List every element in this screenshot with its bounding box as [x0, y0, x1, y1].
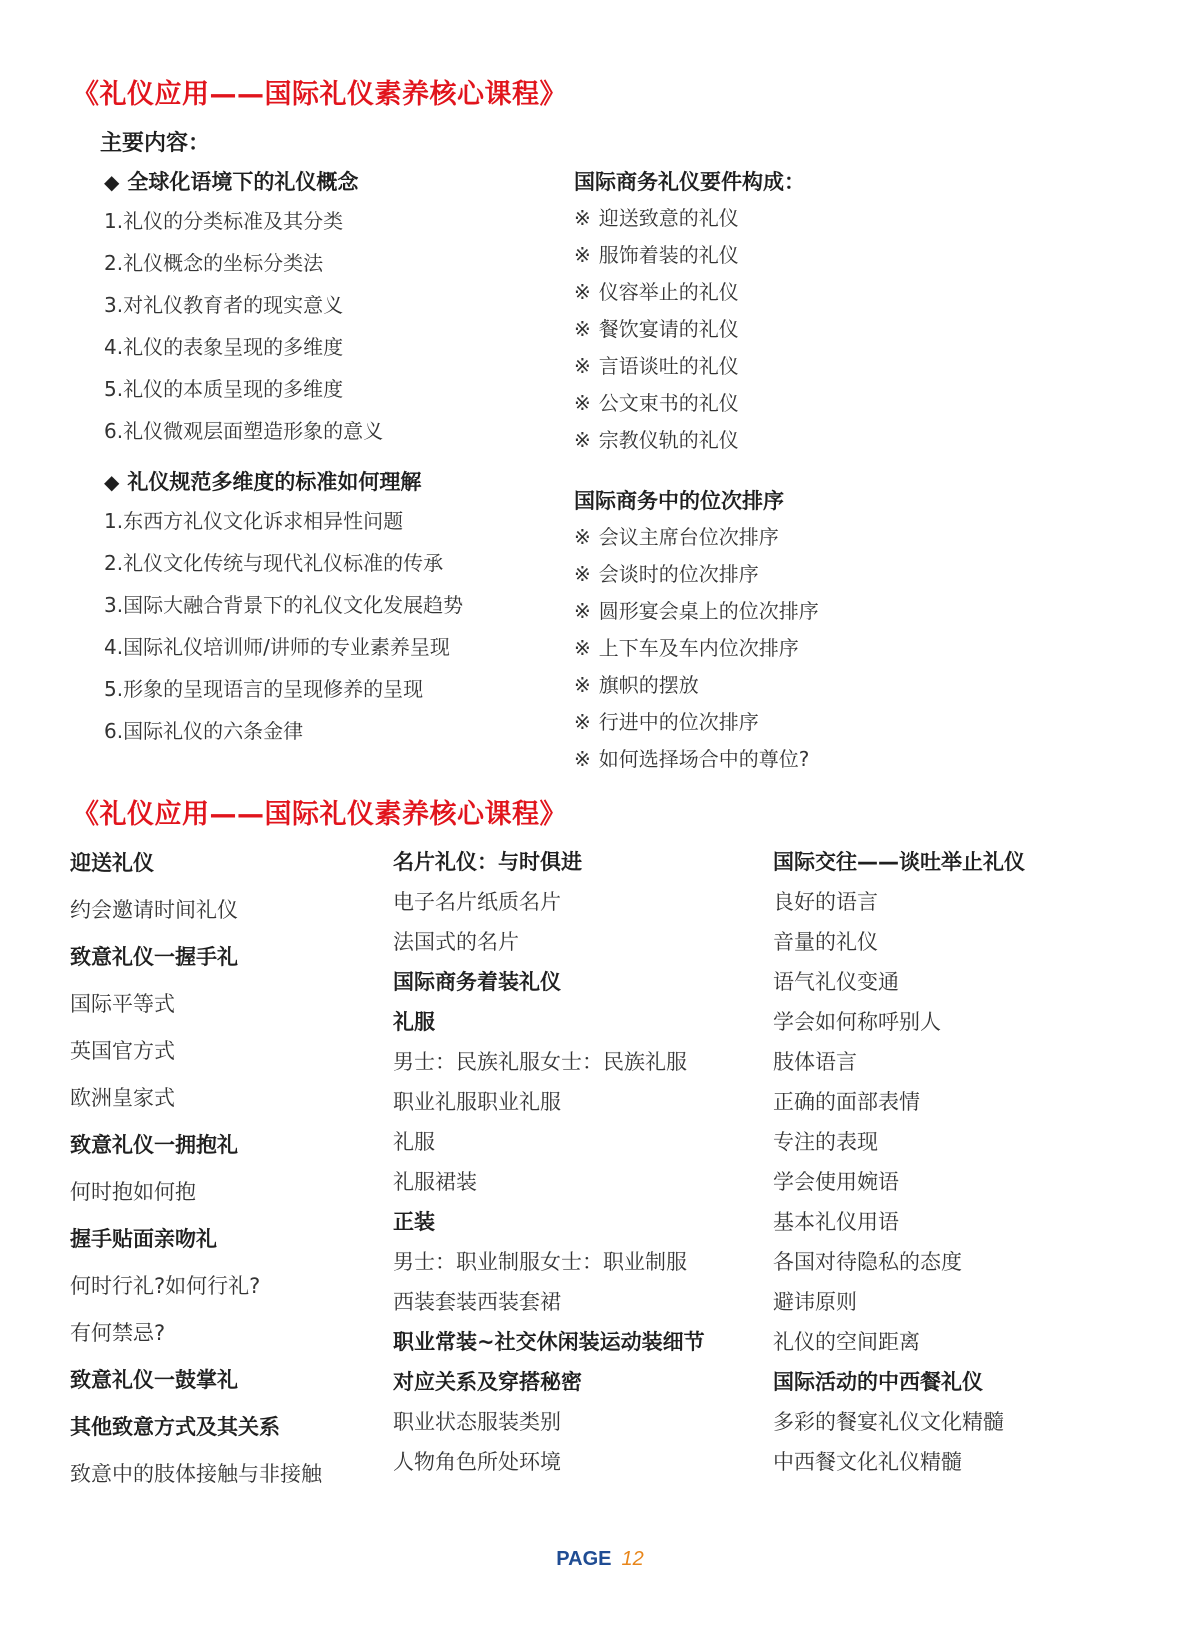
- topic-item: 何时抱如何抱: [70, 1169, 322, 1216]
- topic-item: 专注的表现: [773, 1122, 1025, 1162]
- topic-item: 英国官方式: [70, 1028, 322, 1075]
- topic-heading: 对应关系及穿搭秘密: [393, 1362, 705, 1402]
- concept-column: ◆全球化语境下的礼仪概念 1.礼仪的分类标准及其分类 2.礼仪概念的坐标分类法 …: [104, 164, 463, 752]
- list-item: 1.礼仪的分类标准及其分类: [104, 200, 463, 242]
- topic-item: 西装套装西装套裙: [393, 1282, 705, 1322]
- list-item: ※公文束书的礼仪: [574, 385, 819, 422]
- topic-item: 职业状态服装类别: [393, 1402, 705, 1442]
- topic-item: 欧洲皇家式: [70, 1075, 322, 1122]
- list-item: ※言语谈吐的礼仪: [574, 348, 819, 385]
- list-item: ※迎送致意的礼仪: [574, 200, 819, 237]
- conversation-etiquette-column: 国际交往——谈吐举止礼仪良好的语言音量的礼仪语气礼仪变通学会如何称呼别人肢体语言…: [773, 842, 1025, 1482]
- topic-heading: 其他致意方式及其关系: [70, 1404, 322, 1451]
- topic-item: 礼服裙装: [393, 1162, 705, 1202]
- list-item: 4.国际礼仪培训师/讲师的专业素养呈现: [104, 626, 463, 668]
- topic-item: 正确的面部表情: [773, 1082, 1025, 1122]
- list-item: ※宗教仪轨的礼仪: [574, 422, 819, 459]
- topic-item: 约会邀请时间礼仪: [70, 887, 322, 934]
- topic-item: 学会使用婉语: [773, 1162, 1025, 1202]
- reference-mark-icon: ※: [574, 243, 591, 267]
- page-number: 12: [621, 1548, 643, 1570]
- topic-heading: 国际活动的中西餐礼仪: [773, 1362, 1025, 1402]
- topic-heading: 名片礼仪：与时俱进: [393, 842, 705, 882]
- topic-item: 音量的礼仪: [773, 922, 1025, 962]
- topic-item: 基本礼仪用语: [773, 1202, 1025, 1242]
- topic-item: 致意中的肢体接触与非接触: [70, 1451, 322, 1498]
- group-heading-standards: ◆礼仪规范多维度的标准如何理解: [104, 464, 463, 500]
- topic-heading: 致意礼仪一拥抱礼: [70, 1122, 322, 1169]
- reference-mark-icon: ※: [574, 317, 591, 341]
- list-item: 5.形象的呈现语言的呈现修养的呈现: [104, 668, 463, 710]
- topic-item: 职业礼服职业礼服: [393, 1082, 705, 1122]
- list-item: ※服饰着装的礼仪: [574, 237, 819, 274]
- topic-item: 何时行礼?如何行礼?: [70, 1263, 322, 1310]
- topic-item: 礼仪的空间距离: [773, 1322, 1025, 1362]
- topic-item: 男士：民族礼服女士：民族礼服: [393, 1042, 705, 1082]
- list-item: ※行进中的位次排序: [574, 704, 819, 741]
- attire-etiquette-column: 名片礼仪：与时俱进电子名片纸质名片法国式的名片国际商务着装礼仪礼服男士：民族礼服…: [393, 842, 705, 1482]
- group-heading-global-concept: ◆全球化语境下的礼仪概念: [104, 164, 463, 200]
- topic-item: 人物角色所处环境: [393, 1442, 705, 1482]
- diamond-bullet-icon: ◆: [104, 464, 119, 500]
- topic-heading: 正装: [393, 1202, 705, 1242]
- course-title-1: 《礼仪应用——国际礼仪素养核心课程》: [72, 72, 567, 111]
- topic-item: 有何禁忌?: [70, 1310, 322, 1357]
- business-etiquette-column: 国际商务礼仪要件构成： ※迎送致意的礼仪 ※服饰着装的礼仪 ※仪容举止的礼仪 ※…: [574, 164, 819, 778]
- reference-mark-icon: ※: [574, 391, 591, 415]
- topic-item: 电子名片纸质名片: [393, 882, 705, 922]
- list-item: 2.礼仪概念的坐标分类法: [104, 242, 463, 284]
- topic-item: 各国对待隐私的态度: [773, 1242, 1025, 1282]
- topic-heading: 礼服: [393, 1002, 705, 1042]
- topic-item: 避讳原则: [773, 1282, 1025, 1322]
- topic-heading: 致意礼仪一鼓掌礼: [70, 1357, 322, 1404]
- list-item: 3.对礼仪教育者的现实意义: [104, 284, 463, 326]
- list-item: 2.礼仪文化传统与现代礼仪标准的传承: [104, 542, 463, 584]
- topic-heading: 握手贴面亲吻礼: [70, 1216, 322, 1263]
- topic-heading: 迎送礼仪: [70, 840, 322, 887]
- page-footer: PAGE12: [0, 1548, 1200, 1571]
- topic-item: 法国式的名片: [393, 922, 705, 962]
- group-heading-seating-order: 国际商务中的位次排序: [574, 483, 819, 519]
- group-heading-elements: 国际商务礼仪要件构成：: [574, 164, 819, 200]
- reference-mark-icon: ※: [574, 673, 591, 697]
- main-content-label: 主要内容：: [100, 126, 210, 157]
- reference-mark-icon: ※: [574, 206, 591, 230]
- topic-item: 学会如何称呼别人: [773, 1002, 1025, 1042]
- page-label: PAGE: [556, 1548, 611, 1570]
- list-item: ※如何选择场合中的尊位?: [574, 741, 819, 778]
- topic-item: 多彩的餐宴礼仪文化精髓: [773, 1402, 1025, 1442]
- list-item: 4.礼仪的表象呈现的多维度: [104, 326, 463, 368]
- topic-heading: 职业常装~社交休闲装运动装细节: [393, 1322, 705, 1362]
- reference-mark-icon: ※: [574, 280, 591, 304]
- greeting-etiquette-column: 迎送礼仪约会邀请时间礼仪致意礼仪一握手礼国际平等式英国官方式欧洲皇家式致意礼仪一…: [70, 840, 322, 1498]
- reference-mark-icon: ※: [574, 747, 591, 771]
- list-item: ※仪容举止的礼仪: [574, 274, 819, 311]
- topic-item: 肢体语言: [773, 1042, 1025, 1082]
- reference-mark-icon: ※: [574, 354, 591, 378]
- reference-mark-icon: ※: [574, 562, 591, 586]
- list-item: 6.礼仪微观层面塑造形象的意义: [104, 410, 463, 452]
- list-item: ※会议主席台位次排序: [574, 519, 819, 556]
- list-item: ※上下车及车内位次排序: [574, 630, 819, 667]
- reference-mark-icon: ※: [574, 525, 591, 549]
- list-item: ※会谈时的位次排序: [574, 556, 819, 593]
- list-item: ※旗帜的摆放: [574, 667, 819, 704]
- list-item: 1.东西方礼仪文化诉求相异性问题: [104, 500, 463, 542]
- topic-item: 良好的语言: [773, 882, 1025, 922]
- topic-heading: 致意礼仪一握手礼: [70, 934, 322, 981]
- diamond-bullet-icon: ◆: [104, 164, 119, 200]
- list-item: 6.国际礼仪的六条金律: [104, 710, 463, 752]
- list-item: 3.国际大融合背景下的礼仪文化发展趋势: [104, 584, 463, 626]
- reference-mark-icon: ※: [574, 636, 591, 660]
- topic-item: 男士：职业制服女士：职业制服: [393, 1242, 705, 1282]
- course-title-2: 《礼仪应用——国际礼仪素养核心课程》: [72, 792, 567, 831]
- list-item: ※圆形宴会桌上的位次排序: [574, 593, 819, 630]
- topic-heading: 国际交往——谈吐举止礼仪: [773, 842, 1025, 882]
- list-item: ※餐饮宴请的礼仪: [574, 311, 819, 348]
- topic-item: 中西餐文化礼仪精髓: [773, 1442, 1025, 1482]
- topic-item: 礼服: [393, 1122, 705, 1162]
- reference-mark-icon: ※: [574, 599, 591, 623]
- topic-item: 语气礼仪变通: [773, 962, 1025, 1002]
- reference-mark-icon: ※: [574, 428, 591, 452]
- list-item: 5.礼仪的本质呈现的多维度: [104, 368, 463, 410]
- reference-mark-icon: ※: [574, 710, 591, 734]
- topic-heading: 国际商务着装礼仪: [393, 962, 705, 1002]
- topic-item: 国际平等式: [70, 981, 322, 1028]
